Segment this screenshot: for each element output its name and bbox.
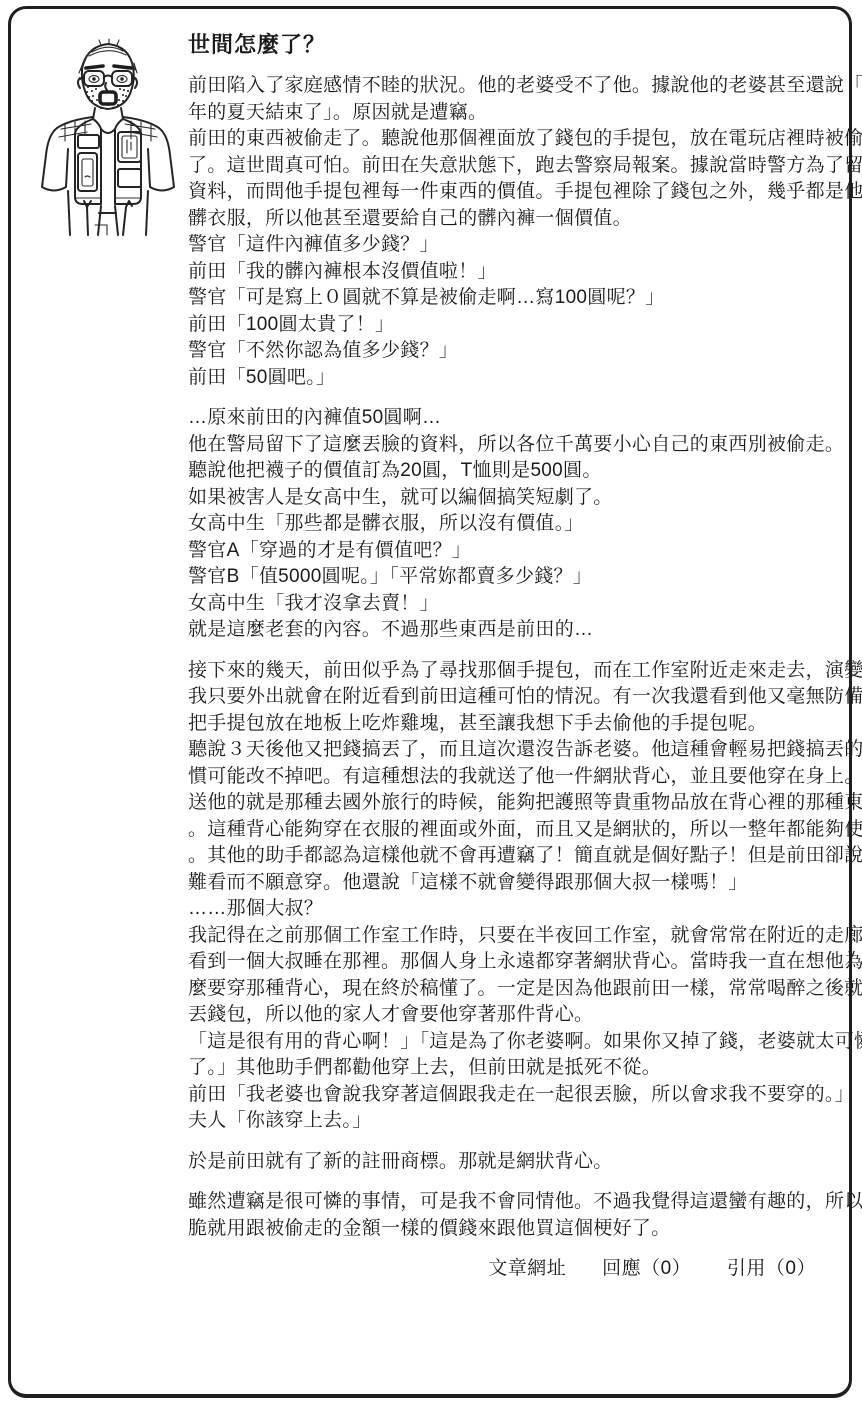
text-section: 於是前田就有了新的註冊商標。那就是網狀背心。 [188, 1149, 840, 1176]
text-line: 他在警局留下了這麼丟臉的資料，所以各位千萬要小心自己的東西別被偷走。 [188, 432, 840, 459]
text-line: 聽說他把襪子的價值訂為20圓，T恤則是500圓。 [188, 458, 840, 485]
text-line: 我只要外出就會在附近看到前田這種可怕的情況。有一次我還看到他又毫無防備的 [188, 684, 840, 711]
blog-post-page: 世間怎麼了？ 前田陷入了家庭感情不睦的狀況。他的老婆受不了他。據說他的老婆甚至還… [0, 0, 862, 1415]
text-line: 於是前田就有了新的註冊商標。那就是網狀背心。 [188, 1149, 840, 1176]
text-section: 前田陷入了家庭感情不睦的狀況。他的老婆受不了他。據說他的老婆甚至還說「今年的夏天… [188, 73, 840, 391]
text-line: 了。」其他助手們都勸他穿上去，但前田就是抵死不從。 [188, 1055, 840, 1082]
text-line: 了。這世間真可怕。前田在失意狀態下，跑去警察局報案。據說當時警方為了留下 [188, 153, 840, 180]
post-footer: 文章網址 回應（0） 引用（0） [188, 1256, 840, 1283]
text-section: …原來前田的內褲值50圓啊…他在警局留下了這麼丟臉的資料，所以各位千萬要小心自己… [188, 405, 840, 644]
text-line: 「這是很有用的背心啊！」「這是為了你老婆啊。如果你又掉了錢，老婆就太可憐 [188, 1029, 840, 1056]
text-line: 髒衣服，所以他甚至還要給自己的髒內褲一個價值。 [188, 206, 840, 233]
trackback-link[interactable]: 引用（0） [727, 1258, 816, 1279]
text-line: 警官「可是寫上０圓就不算是被偷走啊…寫100圓呢？」 [188, 285, 840, 312]
text-line: …原來前田的內褲值50圓啊… [188, 405, 840, 432]
text-line: 前田「100圓太貴了！」 [188, 312, 840, 339]
text-line: 。這種背心能夠穿在衣服的裡面或外面，而且又是網狀的，所以一整年都能夠使用 [188, 817, 840, 844]
text-line: 送他的就是那種去國外旅行的時候，能夠把護照等貴重物品放在背心裡的那種東西 [188, 790, 840, 817]
text-line: 年的夏天結束了」。原因就是遭竊。 [188, 100, 840, 127]
text-section: 接下來的幾天，前田似乎為了尋找那個手提包，而在工作室附近走來走去，演變成我只要外… [188, 658, 840, 1135]
text-line: 看到一個大叔睡在那裡。那個人身上永遠都穿著網狀背心。當時我一直在想他為什 [188, 949, 840, 976]
text-line: 警官A「穿過的才是有價值吧？」 [188, 538, 840, 565]
text-line: 把手提包放在地板上吃炸雞塊，甚至讓我想下手去偷他的手提包呢。 [188, 711, 840, 738]
text-line: 前田的東西被偷走了。聽說他那個裡面放了錢包的手提包，放在電玩店裡時被偷走 [188, 126, 840, 153]
page-border-frame: 世間怎麼了？ 前田陷入了家庭感情不睦的狀況。他的老婆受不了他。據說他的老婆甚至還… [8, 6, 852, 1398]
text-line: 女高中生「我才沒拿去賣！」 [188, 591, 840, 618]
comments-link[interactable]: 回應（0） [602, 1258, 691, 1279]
post-body: 前田陷入了家庭感情不睦的狀況。他的老婆受不了他。據說他的老婆甚至還說「今年的夏天… [188, 73, 840, 1242]
text-line: 雖然遭竊是很可憐的事情，可是我不會同情他。不過我覺得這還蠻有趣的，所以乾 [188, 1189, 840, 1216]
text-line: 慣可能改不掉吧。有這種想法的我就送了他一件網狀背心，並且要他穿在身上。我 [188, 764, 840, 791]
text-line: 難看而不願意穿。他還說「這樣不就會變得跟那個大叔一樣嗎！」 [188, 870, 840, 897]
text-line: 夫人「你該穿上去。」 [188, 1108, 840, 1135]
text-line: 。其他的助手都認為這樣他就不會再遭竊了！簡直就是個好點子！但是前田卻說好 [188, 843, 840, 870]
text-line: 前田「50圓吧。」 [188, 365, 840, 392]
text-line: 前田「我的髒內褲根本沒價值啦！」 [188, 259, 840, 286]
text-line: 警官「不然你認為值多少錢？」 [188, 338, 840, 365]
post-content: 世間怎麼了？ 前田陷入了家庭感情不睦的狀況。他的老婆受不了他。據說他的老婆甚至還… [188, 31, 840, 1283]
permalink-link[interactable]: 文章網址 [488, 1258, 566, 1279]
text-line: 警官B「值5000圓呢。」「平常妳都賣多少錢？」 [188, 564, 840, 591]
text-line: 就是這麼老套的內容。不過那些東西是前田的… [188, 617, 840, 644]
text-line: 我記得在之前那個工作室工作時，只要在半夜回工作室，就會常常在附近的走廊上 [188, 923, 840, 950]
bald-man-mesh-vest-sketch-icon [35, 29, 187, 237]
text-line: 接下來的幾天，前田似乎為了尋找那個手提包，而在工作室附近走來走去，演變成 [188, 658, 840, 685]
text-line: 警官「這件內褲值多少錢？」 [188, 232, 840, 259]
text-line: 聽說３天後他又把錢搞丟了，而且這次還沒告訴老婆。他這種會輕易把錢搞丟的習 [188, 737, 840, 764]
text-line: 丟錢包，所以他的家人才會要他穿著那件背心。 [188, 1002, 840, 1029]
text-line: ……那個大叔？ [188, 896, 840, 923]
text-line: 前田陷入了家庭感情不睦的狀況。他的老婆受不了他。據說他的老婆甚至還說「今 [188, 73, 840, 100]
text-line: 脆就用跟被偷走的金額一樣的價錢來跟他買這個梗好了。 [188, 1216, 840, 1243]
text-line: 如果被害人是女高中生，就可以編個搞笑短劇了。 [188, 485, 840, 512]
text-line: 麼要穿那種背心，現在終於稿懂了。一定是因為他跟前田一樣，常常喝醉之後就搞 [188, 976, 840, 1003]
post-title: 世間怎麼了？ [188, 31, 840, 59]
text-line: 資料，而問他手提包裡每一件東西的價值。手提包裡除了錢包之外，幾乎都是他的 [188, 179, 840, 206]
text-line: 女高中生「那些都是髒衣服，所以沒有價值。」 [188, 511, 840, 538]
text-line: 前田「我老婆也會說我穿著這個跟我走在一起很丟臉，所以會求我不要穿的。」 [188, 1082, 840, 1109]
text-section: 雖然遭竊是很可憐的事情，可是我不會同情他。不過我覺得這還蠻有趣的，所以乾脆就用跟… [188, 1189, 840, 1242]
